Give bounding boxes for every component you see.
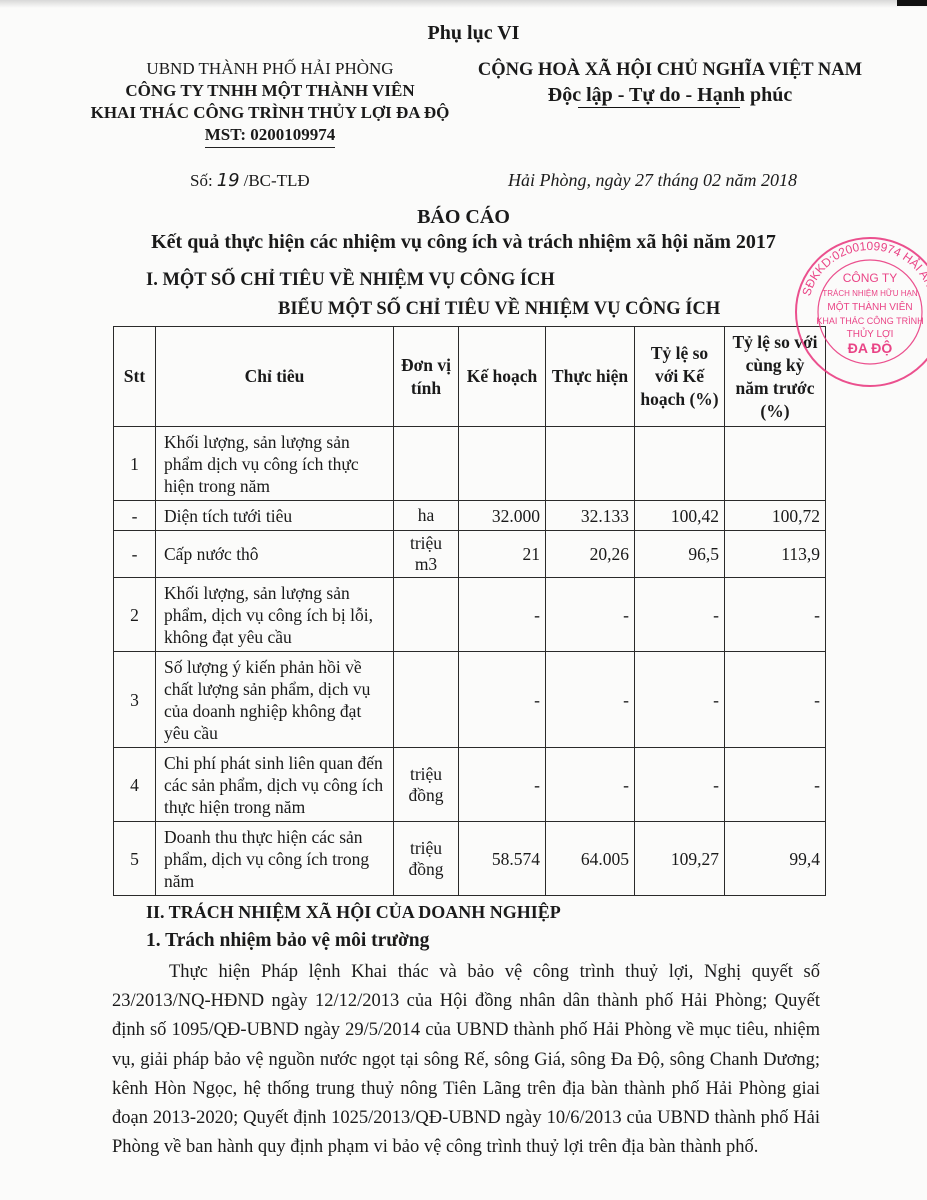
row-pct-prev: -	[725, 578, 826, 652]
table-row: 5Doanh thu thực hiện các sản phẩm, dịch …	[114, 822, 826, 896]
row-plan: -	[459, 578, 546, 652]
row-indicator: Số lượng ý kiến phản hồi về chất lượng s…	[156, 652, 394, 748]
indicators-table: Stt Chỉ tiêu Đơn vị tính Kế hoạch Thực h…	[113, 326, 826, 896]
row-unit	[394, 427, 459, 501]
row-indicator: Khối lượng, sản lượng sản phẩm dịch vụ c…	[156, 427, 394, 501]
header-actual: Thực hiện	[546, 327, 635, 427]
row-plan	[459, 427, 546, 501]
table-row: 2Khối lượng, sản lượng sản phẩm, dịch vụ…	[114, 578, 826, 652]
row-pct-prev: 99,4	[725, 822, 826, 896]
document-number: Số:19/BC-TLĐ	[190, 170, 310, 191]
row-pct-prev: 100,72	[725, 501, 826, 531]
row-unit: triệu đồng	[394, 748, 459, 822]
row-pct-plan: 100,42	[635, 501, 725, 531]
company-seal-stamp: SĐKKD:0200109974 HẢI AN LÃO T.P CÔNG TY …	[790, 232, 927, 392]
date-line: Hải Phòng, ngày 27 tháng 02 năm 2018	[508, 170, 797, 191]
appendix-label: Phụ lục VI	[10, 22, 927, 45]
row-stt: 2	[114, 578, 156, 652]
row-unit: triệu đồng	[394, 822, 459, 896]
row-indicator: Khối lượng, sản lượng sản phẩm, dịch vụ …	[156, 578, 394, 652]
svg-text:THỦY LỢI: THỦY LỢI	[847, 327, 894, 340]
svg-text:KHAI THÁC CÔNG TRÌNH: KHAI THÁC CÔNG TRÌNH	[816, 316, 923, 326]
company-name-line2: KHAI THÁC CÔNG TRÌNH THỦY LỢI ĐA ĐỘ	[70, 102, 470, 124]
header-stt: Stt	[114, 327, 156, 427]
row-pct-prev: -	[725, 748, 826, 822]
row-actual	[546, 427, 635, 501]
svg-text:ĐA ĐỘ: ĐA ĐỘ	[848, 339, 893, 356]
scan-edge-shadow	[0, 0, 927, 8]
svg-text:CÔNG TY: CÔNG TY	[843, 270, 897, 285]
tax-code: MST: 0200109974	[205, 124, 336, 148]
row-stt: -	[114, 531, 156, 578]
authority-name: UBND THÀNH PHỐ HẢI PHÒNG	[70, 58, 470, 80]
table-header-row: Stt Chỉ tiêu Đơn vị tính Kế hoạch Thực h…	[114, 327, 826, 427]
svg-text:MỘT THÀNH VIÊN: MỘT THÀNH VIÊN	[827, 300, 912, 313]
section-1-heading: I. MỘT SỐ CHỈ TIÊU VỀ NHIỆM VỤ CÔNG ÍCH	[146, 270, 555, 291]
header-indicator: Chỉ tiêu	[156, 327, 394, 427]
row-pct-prev: 113,9	[725, 531, 826, 578]
scan-corner-mark	[897, 0, 927, 6]
row-actual: 32.133	[546, 501, 635, 531]
row-pct-plan: 96,5	[635, 531, 725, 578]
row-plan: 21	[459, 531, 546, 578]
row-plan: -	[459, 748, 546, 822]
row-plan: 32.000	[459, 501, 546, 531]
nation-name: CỘNG HOÀ XÃ HỘI CHỦ NGHĨA VIỆT NAM	[470, 58, 870, 82]
table-row: 4Chi phí phát sinh liên quan đến các sản…	[114, 748, 826, 822]
row-stt: 5	[114, 822, 156, 896]
header-plan: Kế hoạch	[459, 327, 546, 427]
row-actual: 20,26	[546, 531, 635, 578]
svg-text:TRÁCH NHIỆM HỮU HẠN: TRÁCH NHIỆM HỮU HẠN	[822, 289, 918, 298]
doc-number-handwritten: 19	[213, 170, 244, 191]
row-indicator: Chi phí phát sinh liên quan đến các sản …	[156, 748, 394, 822]
row-plan: -	[459, 652, 546, 748]
body-paragraph: Thực hiện Pháp lệnh Khai thác và bảo vệ …	[112, 958, 820, 1162]
row-actual: -	[546, 578, 635, 652]
report-subtitle: Kết quả thực hiện các nhiệm vụ công ích …	[0, 231, 927, 254]
row-actual: -	[546, 748, 635, 822]
row-pct-prev: -	[725, 652, 826, 748]
row-unit: triệu m3	[394, 531, 459, 578]
national-motto: Độc lập - Tự do - Hạnh phúc	[470, 82, 870, 108]
national-header: CỘNG HOÀ XÃ HỘI CHỦ NGHĨA VIỆT NAM Độc l…	[470, 58, 870, 108]
row-unit: ha	[394, 501, 459, 531]
table-row: -Diện tích tưới tiêuha32.00032.133100,42…	[114, 501, 826, 531]
motto-underline	[578, 107, 740, 108]
row-pct-prev	[725, 427, 826, 501]
company-name-line1: CÔNG TY TNHH MỘT THÀNH VIÊN	[70, 80, 470, 102]
row-plan: 58.574	[459, 822, 546, 896]
issuer-header: UBND THÀNH PHỐ HẢI PHÒNG CÔNG TY TNHH MỘ…	[70, 58, 470, 148]
row-stt: 4	[114, 748, 156, 822]
table-caption: BIỂU MỘT SỐ CHỈ TIÊU VỀ NHIỆM VỤ CÔNG ÍC…	[278, 299, 720, 320]
subsection-1-heading: 1. Trách nhiệm bảo vệ môi trường	[146, 930, 429, 952]
report-title: BÁO CÁO	[0, 206, 927, 229]
doc-number-suffix: /BC-TLĐ	[244, 171, 310, 190]
row-indicator: Cấp nước thô	[156, 531, 394, 578]
table-row: -Cấp nước thôtriệu m32120,2696,5113,9	[114, 531, 826, 578]
row-pct-plan: -	[635, 652, 725, 748]
row-unit	[394, 652, 459, 748]
row-pct-plan: -	[635, 578, 725, 652]
table-row: 3Số lượng ý kiến phản hồi về chất lượng …	[114, 652, 826, 748]
row-actual: -	[546, 652, 635, 748]
row-unit	[394, 578, 459, 652]
header-unit: Đơn vị tính	[394, 327, 459, 427]
header-pct-plan: Tỷ lệ so với Kế hoạch (%)	[635, 327, 725, 427]
row-pct-plan: 109,27	[635, 822, 725, 896]
row-stt: 1	[114, 427, 156, 501]
table-row: 1Khối lượng, sản lượng sản phẩm dịch vụ …	[114, 427, 826, 501]
doc-number-prefix: Số:	[190, 171, 213, 190]
section-2-heading: II. TRÁCH NHIỆM XÃ HỘI CỦA DOANH NGHIỆP	[146, 902, 561, 923]
row-indicator: Doanh thu thực hiện các sản phẩm, dịch v…	[156, 822, 394, 896]
row-actual: 64.005	[546, 822, 635, 896]
row-stt: 3	[114, 652, 156, 748]
row-stt: -	[114, 501, 156, 531]
row-pct-plan	[635, 427, 725, 501]
row-indicator: Diện tích tưới tiêu	[156, 501, 394, 531]
row-pct-plan: -	[635, 748, 725, 822]
